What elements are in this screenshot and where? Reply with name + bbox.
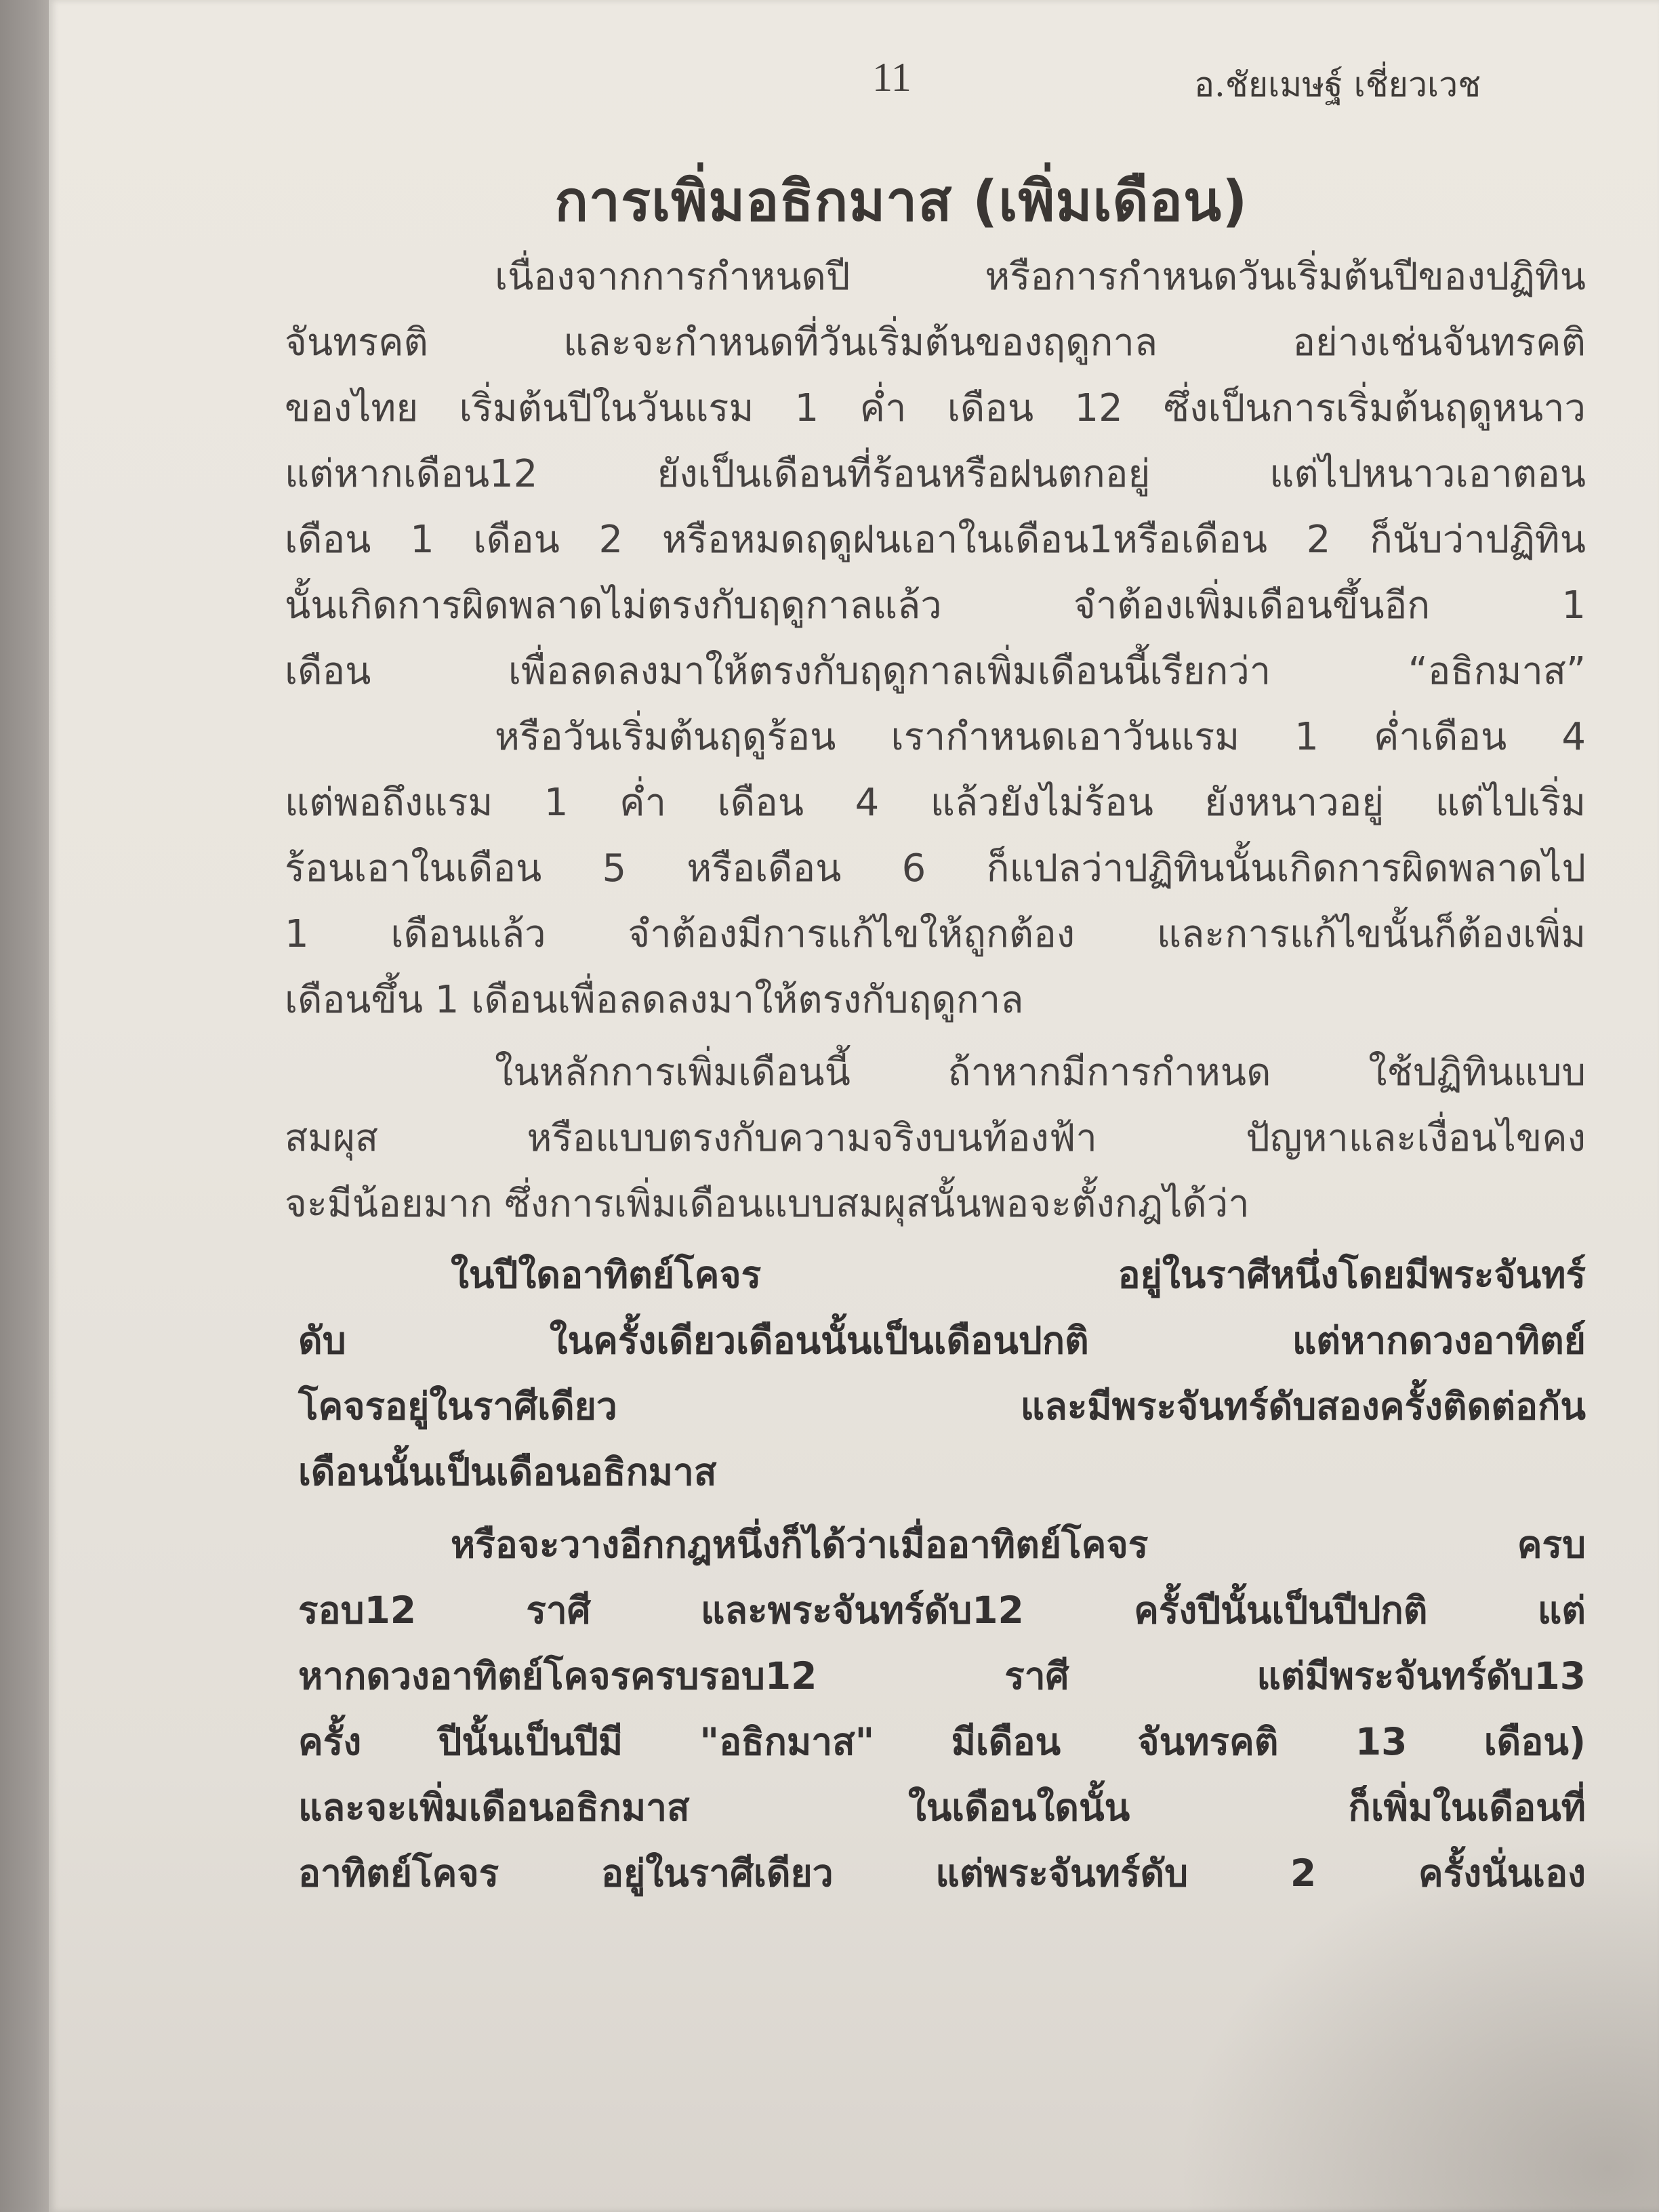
chapter-title: การเพิ่มอธิกมาส (เพิ่มเดือน) [49, 157, 1659, 245]
page-number: 11 [872, 54, 912, 101]
text-line: เดือนนั้นเป็นเดือนอธิกมาส [298, 1439, 1586, 1505]
text-line: แต่พอถึงแรม 1 ค่ำ เดือน 4 แล้วยังไม่ร้อน… [285, 770, 1586, 836]
text-line: ของไทย เริ่มต้นปีในวันแรม 1 ค่ำ เดือน 12… [285, 375, 1586, 441]
paragraph-3: ในหลักการเพิ่มเดือนนี้ ถ้าหากมีการกำหนด … [285, 1040, 1586, 1237]
paragraph-rule-1: ในปีใดอาทิตย์โคจร อยู่ในราศีหนึ่งโดยมีพร… [298, 1242, 1586, 1505]
paragraph-2: หรือวันเริ่มต้นฤดูร้อน เรากำหนดเอาวันแรม… [285, 704, 1586, 1033]
book-page: 11 อ.ชัยเมษฐ์ เชี่ยวเวช การเพิ่มอธิกมาส … [49, 0, 1659, 2212]
text-line: และจะเพิ่มเดือนอธิกมาส ในเดือนใดนั้น ก็เ… [298, 1775, 1586, 1841]
text-line: รอบ12 ราศี และพระจันทร์ดับ12 ครั้งปีนั้น… [298, 1578, 1586, 1643]
text-line: เนื่องจากการกำหนดปี หรือการกำหนดวันเริ่ม… [285, 244, 1586, 310]
text-line: เดือน 1 เดือน 2 หรือหมดฤดูฝนเอาในเดือน1ห… [285, 507, 1586, 573]
text-line: นั้นเกิดการผิดพลาดไม่ตรงกับฤดูกาลแล้ว จำ… [285, 573, 1586, 638]
text-line: ในปีใดอาทิตย์โคจร อยู่ในราศีหนึ่งโดยมีพร… [298, 1242, 1586, 1308]
book-gutter-shadow [0, 0, 49, 2212]
paragraph-rule-2: หรือจะวางอีกกฎหนึ่งก็ได้ว่าเมื่ออาทิตย์โ… [298, 1512, 1586, 1906]
text-line: เดือน เพื่อลดลงมาให้ตรงกับฤดูกาลเพิ่มเดื… [285, 638, 1586, 704]
running-head: 11 อ.ชัยเมษฐ์ เชี่ยวเวช [49, 54, 1659, 115]
body-text: เนื่องจากการกำหนดปี หรือการกำหนดวันเริ่ม… [285, 244, 1586, 1906]
text-line: สมผุส หรือแบบตรงกับความจริงบนท้องฟ้า ปัญ… [285, 1105, 1586, 1171]
text-line: หากดวงอาทิตย์โคจรครบรอบ12 ราศี แต่มีพระจ… [298, 1643, 1586, 1709]
text-line: แต่หากเดือน12 ยังเป็นเดือนที่ร้อนหรือฝนต… [285, 441, 1586, 507]
text-line: จันทรคติ และจะกำหนดที่วันเริ่มต้นของฤดูก… [285, 310, 1586, 375]
text-line: 1 เดือนแล้ว จำต้องมีการแก้ไขให้ถูกต้อง แ… [285, 901, 1586, 967]
text-line: จะมีน้อยมาก ซึ่งการเพิ่มเดือนแบบสมผุสนั้… [285, 1171, 1586, 1237]
text-line: ร้อนเอาในเดือน 5 หรือเดือน 6 ก็แปลว่าปฏิ… [285, 836, 1586, 901]
text-line: ดับ ในครั้งเดียวเดือนนั้นเป็นเดือนปกติ แ… [298, 1308, 1586, 1374]
text-line: เดือนขึ้น 1 เดือนเพื่อลดลงมาให้ตรงกับฤดู… [285, 967, 1586, 1033]
text-line: หรือวันเริ่มต้นฤดูร้อน เรากำหนดเอาวันแรม… [285, 704, 1586, 770]
text-line: ในหลักการเพิ่มเดือนนี้ ถ้าหากมีการกำหนด … [285, 1040, 1586, 1105]
text-line: ครั้ง ปีนั้นเป็นปีมี "อธิกมาส" มีเดือน จ… [298, 1709, 1586, 1775]
text-line: หรือจะวางอีกกฎหนึ่งก็ได้ว่าเมื่ออาทิตย์โ… [298, 1512, 1586, 1578]
author-name: อ.ชัยเมษฐ์ เชี่ยวเวช [1194, 58, 1481, 112]
text-line: อาทิตย์โคจร อยู่ในราศีเดียว แต่พระจันทร์… [298, 1841, 1586, 1906]
bold-rules-section: ในปีใดอาทิตย์โคจร อยู่ในราศีหนึ่งโดยมีพร… [298, 1242, 1586, 1906]
paragraph-1: เนื่องจากการกำหนดปี หรือการกำหนดวันเริ่ม… [285, 244, 1586, 704]
text-line: โคจรอยู่ในราศีเดียว และมีพระจันทร์ดับสอง… [298, 1374, 1586, 1439]
